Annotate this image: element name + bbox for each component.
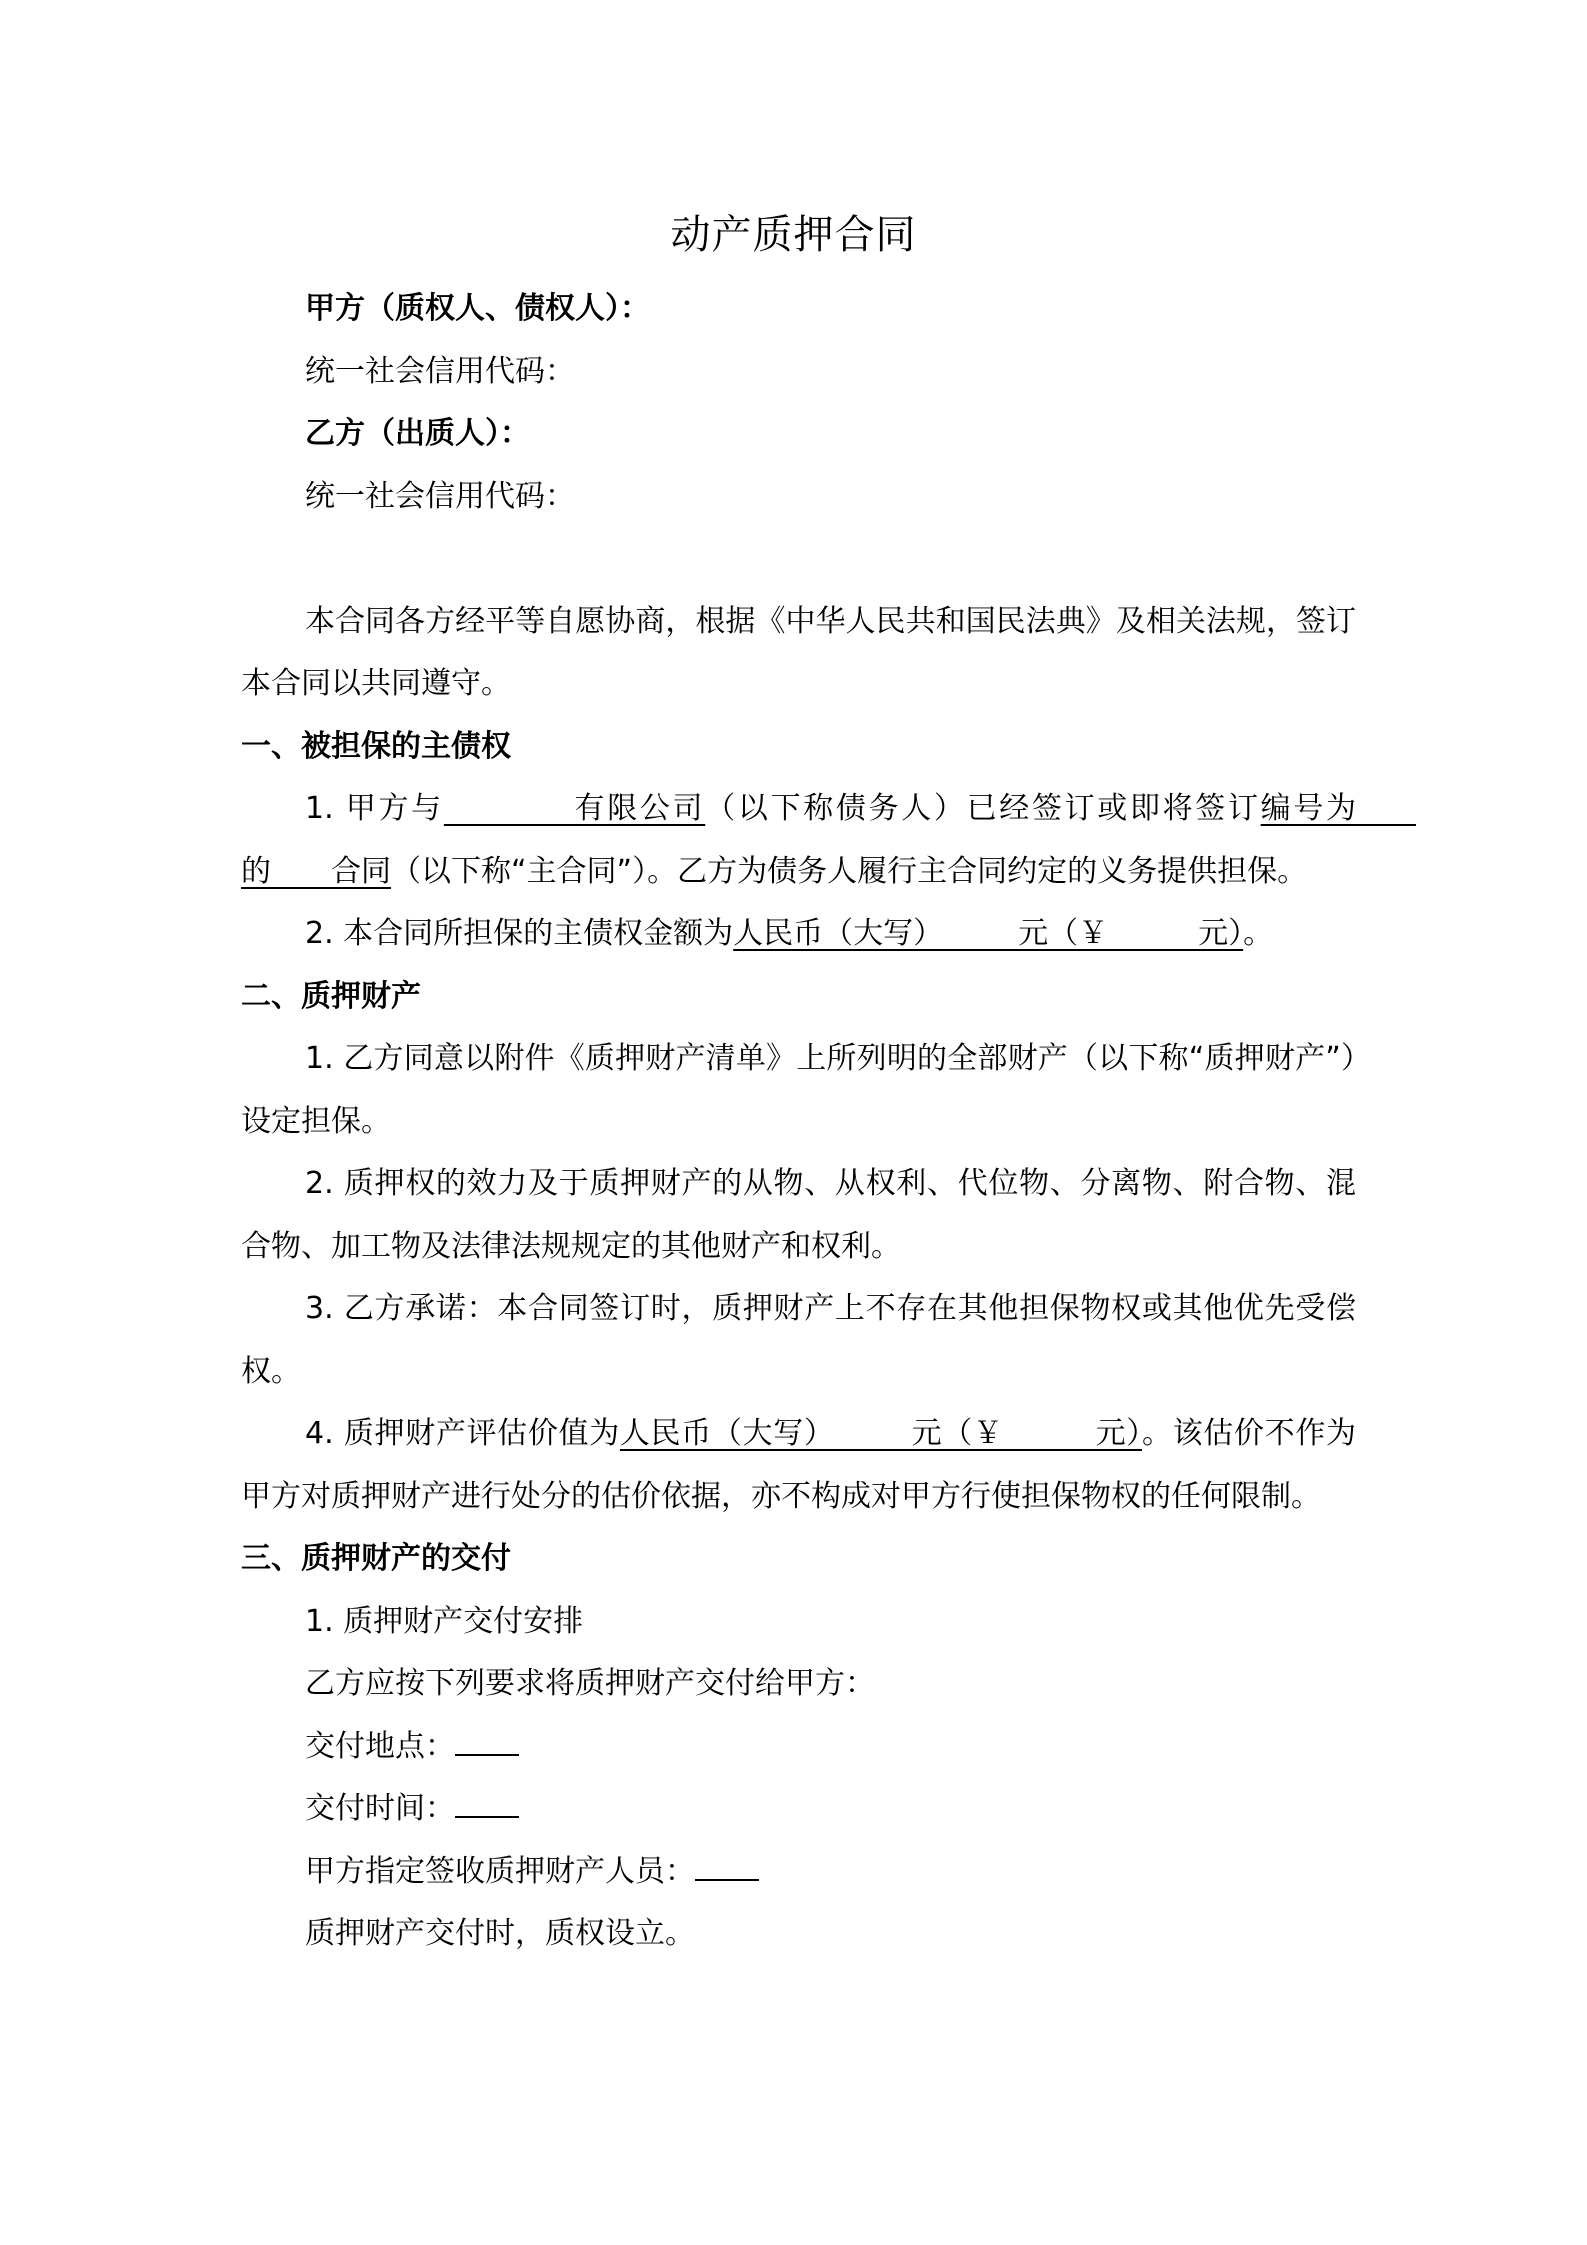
receiver-label: 甲方指定签收质押财产人员： <box>305 1854 695 1889</box>
party-b-code-label: 统一社会信用代码： <box>241 466 1356 529</box>
section-2-clause-3: 3. 乙方承诺：本合同签订时，质押财产上不存在其他担保物权或其他优先受偿权。 <box>241 1278 1356 1403</box>
party-a-code-label: 统一社会信用代码： <box>241 341 1356 404</box>
section-1-clause-1: 1. 甲方与 有限公司（以下称债务人）已经签订或即将签订编号为 的 合同（以下称… <box>241 778 1356 903</box>
clause-text: 4. 质押财产评估价值为 <box>305 1416 620 1451</box>
section-2-clause-2: 2. 质押权的效力及于质押财产的从物、从权利、代位物、分离物、附合物、混合物、加… <box>241 1153 1356 1278</box>
debt-amount-blank: 人民币（大写） 元（￥ 元） <box>733 916 1243 951</box>
party-a-label: 甲方（质权人、债权人）： <box>241 278 1356 341</box>
clause-text: 。 <box>1243 916 1273 951</box>
section-1-clause-2: 2. 本合同所担保的主债权金额为人民币（大写） 元（￥ 元）。 <box>241 903 1356 966</box>
section-2-heading: 二、质押财产 <box>241 966 1356 1029</box>
company-name-blank: 有限公司 <box>444 791 705 826</box>
section-3-intro: 乙方应按下列要求将质押财产交付给甲方： <box>241 1653 1356 1716</box>
valuation-amount-blank: 人民币（大写） 元（￥ 元） <box>620 1416 1142 1451</box>
preamble: 本合同各方经平等自愿协商，根据《中华人民共和国民法典》及相关法规，签订本合同以共… <box>241 591 1356 716</box>
receiver-row: 甲方指定签收质押财产人员： <box>241 1841 1356 1904</box>
section-2-clause-4: 4. 质押财产评估价值为人民币（大写） 元（￥ 元）。该估价不作为甲方对质押财产… <box>241 1403 1356 1528</box>
pledge-effect: 质押财产交付时，质权设立。 <box>241 1903 1356 1966</box>
section-2-clause-1: 1. 乙方同意以附件《质押财产清单》上所列明的全部财产（以下称“质押财产”）设定… <box>241 1028 1356 1153</box>
section-3-clause-1: 1. 质押财产交付安排 <box>241 1591 1356 1654</box>
delivery-place-blank <box>455 1726 519 1756</box>
section-3-heading: 三、质押财产的交付 <box>241 1528 1356 1591</box>
delivery-place-label: 交付地点： <box>305 1729 455 1764</box>
document-title: 动产质押合同 <box>0 205 1587 265</box>
receiver-blank <box>695 1851 759 1881</box>
document-page: 动产质押合同 甲方（质权人、债权人）： 统一社会信用代码： 乙方（出质人）： 统… <box>0 0 1587 2245</box>
clause-text: 2. 本合同所担保的主债权金额为 <box>305 916 733 951</box>
section-1-heading: 一、被担保的主债权 <box>241 716 1356 779</box>
document-body: 甲方（质权人、债权人）： 统一社会信用代码： 乙方（出质人）： 统一社会信用代码… <box>241 278 1356 1966</box>
spacer <box>241 528 1356 591</box>
delivery-place-row: 交付地点： <box>241 1716 1356 1779</box>
delivery-time-blank <box>455 1788 519 1818</box>
party-b-label: 乙方（出质人）： <box>241 403 1356 466</box>
clause-text: （以下称债务人）已经签订或即将签订 <box>705 791 1260 826</box>
clause-text: 1. 甲方与 <box>305 791 444 826</box>
delivery-time-label: 交付时间： <box>305 1791 455 1826</box>
delivery-time-row: 交付时间： <box>241 1778 1356 1841</box>
clause-text: （以下称“主合同”）。乙方为债务人履行主合同约定的义务提供担保。 <box>391 854 1307 889</box>
